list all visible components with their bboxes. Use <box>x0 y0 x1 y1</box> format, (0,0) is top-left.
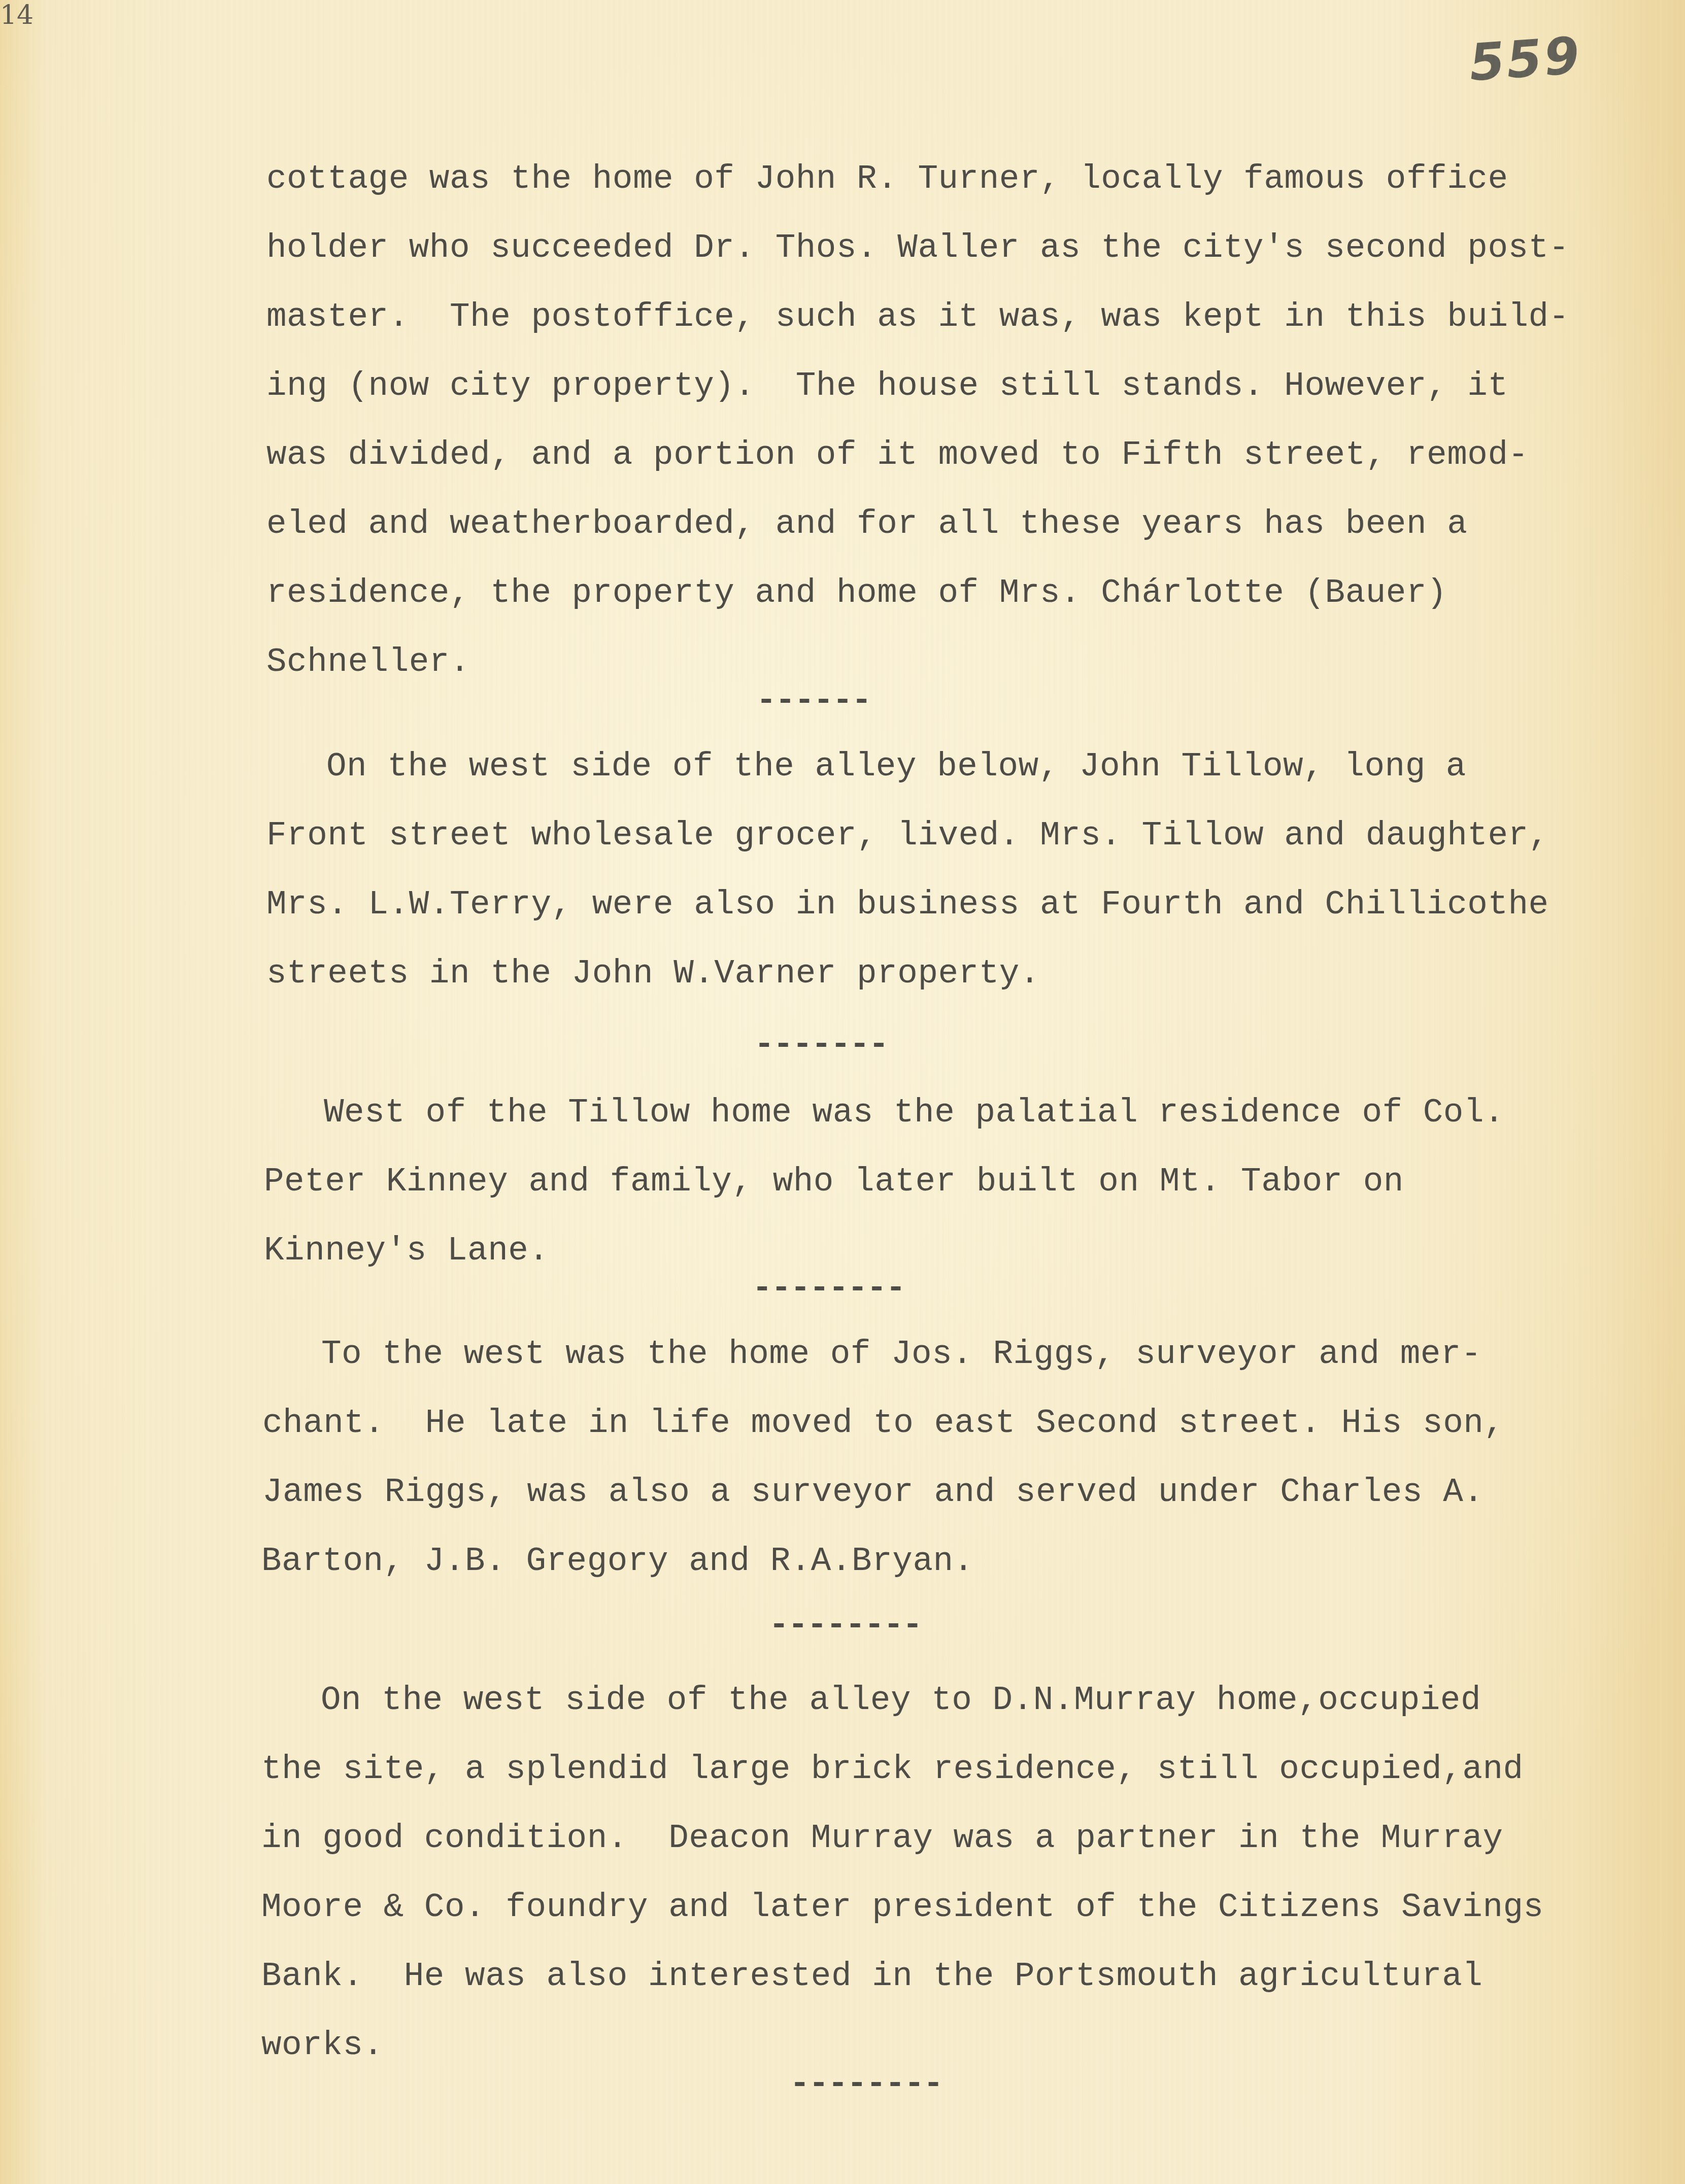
text-line: On the west side of the alley below, Joh… <box>326 750 1466 783</box>
text-line: holder who succeeded Dr. Thos. Waller as… <box>266 231 1569 265</box>
edge-page-number: 14 <box>0 0 33 30</box>
text-line: cottage was the home of John R. Turner, … <box>266 162 1508 196</box>
text-line: streets in the John W.Varner property. <box>266 957 1040 991</box>
text-line: chant. He late in life moved to east Sec… <box>262 1407 1504 1440</box>
handwritten-folio-number: 559 <box>1467 25 1583 92</box>
text-line: Moore & Co. foundry and later president … <box>261 1891 1544 1924</box>
text-line: Kinney's Lane. <box>264 1234 549 1268</box>
text-line: Peter Kinney and family, who later built… <box>264 1165 1404 1199</box>
text-line: Front street wholesale grocer, lived. Mr… <box>266 819 1549 852</box>
text-line: was divided, and a portion of it moved t… <box>266 438 1529 472</box>
text-line: Schneller. <box>266 645 470 679</box>
text-line: Bank. He was also interested in the Port… <box>261 1960 1482 1993</box>
section-divider: -------- <box>769 1609 922 1642</box>
section-divider: ------- <box>754 1028 888 1062</box>
text-line: residence, the property and home of Mrs.… <box>266 576 1447 610</box>
text-line: Barton, J.B. Gregory and R.A.Bryan. <box>261 1545 974 1578</box>
text-line: James Riggs, was also a surveyor and ser… <box>262 1476 1484 1509</box>
typescript-page: 14 559 cottage was the home of John R. T… <box>0 0 1685 2184</box>
text-line: Mrs. L.W.Terry, were also in business at… <box>266 888 1549 922</box>
text-line: ing (now city property). The house still… <box>266 369 1508 403</box>
text-line: West of the Tillow home was the palatial… <box>324 1096 1504 1130</box>
section-divider: ------ <box>756 684 871 718</box>
text-line: master. The postoffice, such as it was, … <box>266 300 1569 334</box>
section-divider: -------- <box>752 1272 905 1305</box>
text-line: eled and weatherboarded, and for all the… <box>266 507 1467 541</box>
text-line: On the west side of the alley to D.N.Mur… <box>321 1684 1481 1717</box>
text-line: works. <box>261 2029 384 2062</box>
section-divider: -------- <box>790 2067 942 2101</box>
text-line: the site, a splendid large brick residen… <box>261 1753 1524 1786</box>
text-line: in good condition. Deacon Murray was a p… <box>261 1822 1503 1855</box>
text-line: To the west was the home of Jos. Riggs, … <box>321 1338 1481 1371</box>
